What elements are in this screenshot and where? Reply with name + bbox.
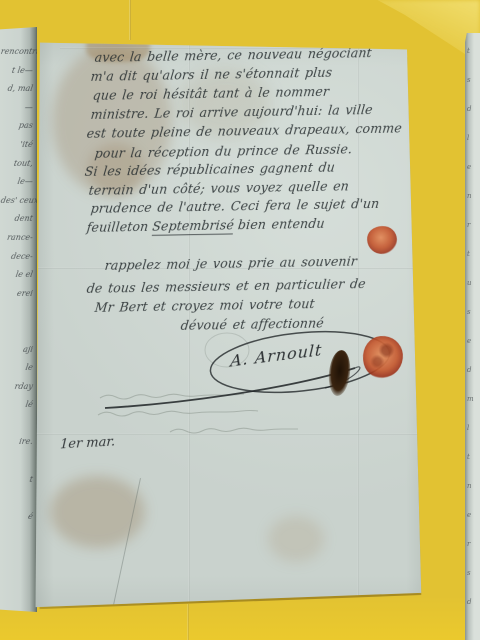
handwriting-fragment: l bbox=[465, 424, 480, 453]
handwriting-fragment: rencontrai” bbox=[0, 47, 39, 66]
handwriting-fragment: lé bbox=[0, 400, 39, 419]
handwriting-fragment: t bbox=[465, 250, 480, 279]
handwriting-fragment: rance- bbox=[0, 233, 39, 252]
handwriting-fragment: e bbox=[465, 337, 480, 366]
handwriting-fragment: le el bbox=[0, 270, 39, 289]
letter-line: prudence de l'autre. Ceci fera le sujet … bbox=[90, 196, 380, 216]
letter-line: de tous les messieurs et en particulier … bbox=[86, 276, 366, 296]
handwriting-fragment bbox=[0, 419, 39, 438]
handwriting-fragment: t bbox=[465, 453, 480, 482]
handwriting-fragment: ire. bbox=[0, 437, 39, 456]
handwriting-fragment: 'ité bbox=[0, 140, 39, 159]
letter-line-feuilleton: feuilletonSeptembrisébien entendu bbox=[86, 216, 326, 235]
handwriting-fragment: d bbox=[465, 105, 480, 134]
letter-line: rappelez moi je vous prie au souvenir bbox=[104, 254, 358, 273]
handwriting-fragment: d bbox=[465, 598, 480, 627]
left-page-edge: rencontrai”t le—d, mal—pas'itétout,le—de… bbox=[0, 27, 37, 612]
letter-line: pour la réception du prince de Russie. bbox=[94, 141, 353, 161]
handwriting-fragment: m bbox=[465, 395, 480, 424]
handwriting-fragment: u bbox=[465, 279, 480, 308]
handwriting-fragment: — bbox=[0, 103, 39, 122]
handwriting-fragment: t bbox=[465, 47, 480, 76]
handwriting-fragment: d, mal bbox=[0, 84, 39, 103]
right-page-edge: tsdlenrtusedmltnersd bbox=[465, 33, 480, 640]
handwriting-fragment: é bbox=[0, 512, 39, 531]
handwriting-fragment: le— bbox=[0, 177, 39, 196]
handwriting-fragment: d bbox=[465, 366, 480, 395]
background-crease-bottom bbox=[187, 604, 189, 640]
wax-seal-small bbox=[365, 224, 399, 256]
handwriting-fragment: s bbox=[465, 308, 480, 337]
handwriting-fragment bbox=[0, 326, 39, 345]
handwriting-fragment: dece- bbox=[0, 252, 39, 271]
handwriting-fragment bbox=[0, 493, 39, 512]
underlined-word: Septembrisé bbox=[151, 217, 234, 235]
date-note: 1er mar. bbox=[60, 435, 116, 453]
handwriting-fragment: aji bbox=[0, 345, 39, 364]
letter-line: m'a dit qu'alors il ne s'étonnait plus bbox=[90, 65, 333, 84]
letter-text: feuilleton bbox=[86, 219, 149, 235]
handwriting-fragment: t le— bbox=[0, 66, 39, 85]
handwriting-fragment: des' ceux bbox=[0, 196, 39, 215]
letter-page: avec la belle mère, ce nouveau négociant… bbox=[30, 38, 426, 610]
handwriting-fragment: tout, bbox=[0, 159, 39, 178]
handwriting-fragment: s bbox=[465, 569, 480, 598]
handwriting-fragment: s bbox=[465, 76, 480, 105]
background-crease-top bbox=[129, 0, 131, 40]
letter-line: Mr Bert et croyez moi votre tout bbox=[94, 296, 315, 315]
paper-stain-bottom bbox=[268, 516, 324, 562]
handwriting-fragment bbox=[0, 530, 39, 549]
handwriting-fragment: rday bbox=[0, 382, 39, 401]
handwriting-fragment: le bbox=[0, 363, 39, 382]
letter-line: terrain d'un côté; vous voyez quelle en bbox=[88, 178, 350, 198]
handwriting-fragment: n bbox=[465, 192, 480, 221]
handwriting-fragment: e bbox=[465, 511, 480, 540]
handwriting-fragment: dent bbox=[0, 214, 39, 233]
handwriting-fragment: pas bbox=[0, 121, 39, 140]
photo-of-handwritten-letter: rencontrai”t le—d, mal—pas'itétout,le—de… bbox=[0, 0, 480, 640]
letter-line: Si les idées républicaines gagnent du bbox=[84, 160, 336, 179]
handwriting-fragment: e bbox=[465, 163, 480, 192]
handwriting-fragment: t bbox=[0, 475, 39, 494]
handwriting-fragment bbox=[0, 456, 39, 475]
handwriting-fragment: erei bbox=[0, 289, 39, 308]
handwriting-fragment bbox=[0, 307, 39, 326]
handwriting-fragment: l bbox=[465, 134, 480, 163]
handwriting-fragment: n bbox=[465, 482, 480, 511]
handwriting-fragment: r bbox=[465, 540, 480, 569]
signature-flourish bbox=[85, 328, 405, 433]
letter-text: bien entendu bbox=[237, 216, 325, 233]
handwriting-fragment: r bbox=[465, 221, 480, 250]
letter-line: que le roi hésitât tant à le nommer bbox=[92, 84, 330, 103]
paper-stain-bottom bbox=[50, 476, 145, 548]
